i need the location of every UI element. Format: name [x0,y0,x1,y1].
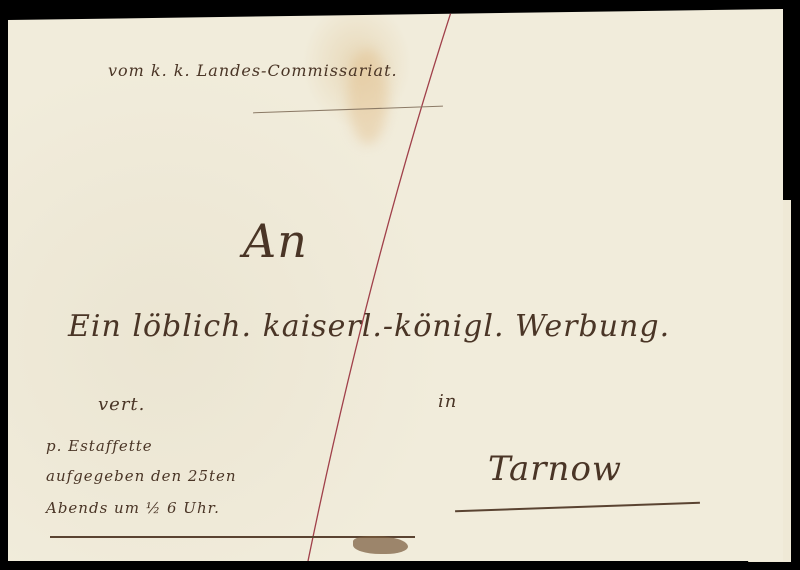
abbreviation-line: vert. [98,394,145,415]
dispatch-note-line-1: p. Estaffette [46,437,153,455]
salutation: An [243,214,308,268]
sender-line: vom k. k. Landes-Commissariat. [108,61,398,80]
destination: Tarnow [488,449,622,489]
dispatch-note-line-3: Abends um ½ 6 Uhr. [46,499,220,517]
addressee: Ein löblich. kaiserl.-königl. Werbung. [68,309,670,344]
letter-sheet: vom k. k. Landes-Commissariat. An Ein lö… [8,9,783,561]
ink-blot [353,536,408,554]
dispatch-note-line-2: aufgegeben den 25ten [46,467,237,485]
preposition-in: in [438,391,457,412]
